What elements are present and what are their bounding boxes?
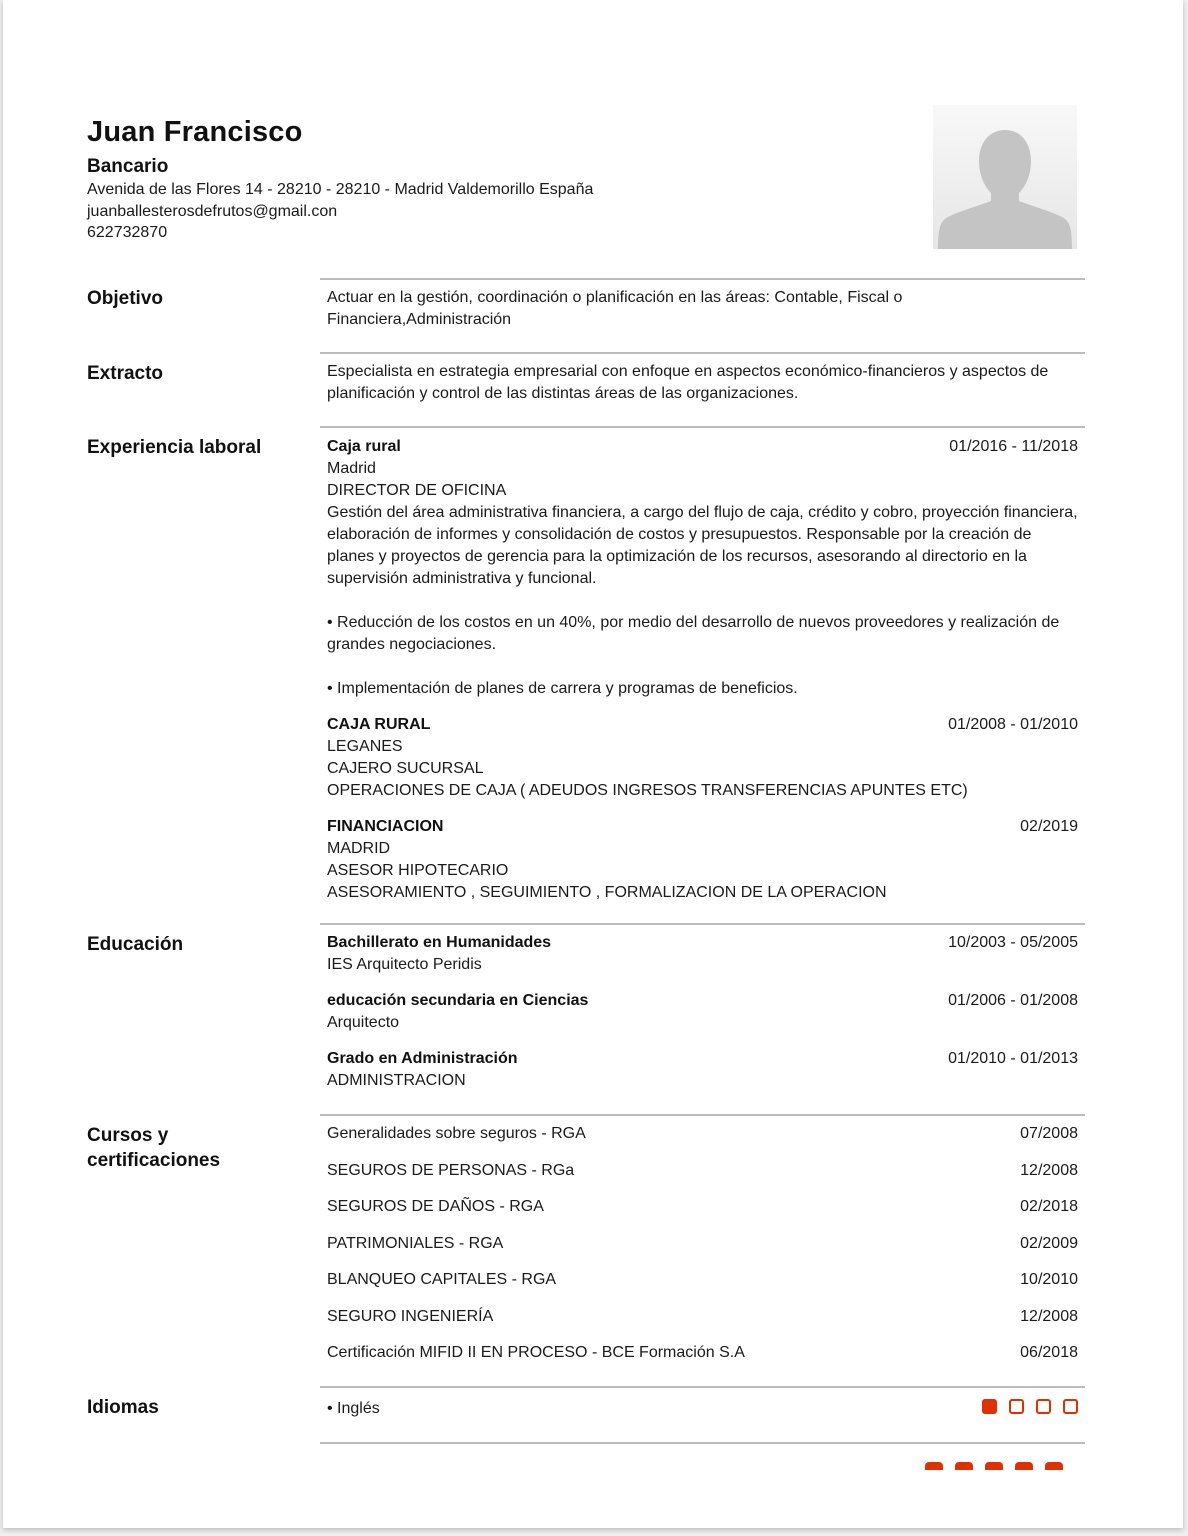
experience-location: Madrid — [327, 458, 1078, 480]
avatar-placeholder-icon — [933, 105, 1077, 249]
divider — [320, 352, 1085, 354]
divider — [320, 278, 1085, 280]
experience-dates: 01/2008 - 01/2010 — [948, 714, 1078, 736]
resume-page: Juan Francisco Bancario Avenida de las F… — [3, 0, 1183, 1528]
education-institution: ADMINISTRACION — [327, 1070, 1078, 1092]
experience-achievement: • Implementación de planes de carrera y … — [327, 678, 1078, 700]
rating-filled-square-icon — [985, 1462, 1003, 1470]
experience-company: FINANCIACION — [327, 816, 1078, 838]
education-dates: 10/2003 - 05/2005 — [948, 932, 1078, 954]
rating-empty-square-icon — [1036, 1399, 1051, 1414]
contact-phone: 622732870 — [87, 222, 167, 244]
course-date: 02/2018 — [1020, 1196, 1078, 1218]
section-label-courses: Cursos y certificaciones — [87, 1123, 297, 1173]
course-item: Certificación MIFID II EN PROCESO - BCE … — [327, 1342, 1078, 1379]
course-date: 12/2008 — [1020, 1160, 1078, 1182]
experience-achievement: • Reducción de los costos en un 40%, por… — [327, 612, 1078, 656]
course-name: SEGUROS DE DAÑOS - RGA — [327, 1196, 1078, 1218]
course-date: 07/2008 — [1020, 1123, 1078, 1145]
language-level-rating — [982, 1399, 1078, 1414]
language-name: • Inglés — [327, 1398, 1078, 1420]
rating-filled-square-icon — [1015, 1462, 1033, 1470]
course-item: SEGUROS DE DAÑOS - RGA 02/2018 — [327, 1196, 1078, 1233]
partial-level-rating — [925, 1462, 1063, 1470]
contact-email: juanballesterosdefrutos@gmail.con — [87, 201, 337, 223]
course-item: PATRIMONIALES - RGA 02/2009 — [327, 1233, 1078, 1270]
experience-description: Gestión del área administrativa financie… — [327, 502, 1078, 590]
section-label-objective: Objetivo — [87, 286, 297, 311]
education-institution: IES Arquitecto Peridis — [327, 954, 1078, 976]
candidate-name: Juan Francisco — [87, 116, 303, 149]
course-date: 10/2010 — [1020, 1269, 1078, 1291]
course-name: BLANQUEO CAPITALES - RGA — [327, 1269, 1078, 1291]
experience-position: ASESOR HIPOTECARIO — [327, 860, 1078, 882]
experience-location: LEGANES — [327, 736, 1078, 758]
course-name: PATRIMONIALES - RGA — [327, 1233, 1078, 1255]
section-label-languages: Idiomas — [87, 1395, 297, 1420]
profile-photo — [933, 105, 1077, 249]
course-name: Generalidades sobre seguros - RGA — [327, 1123, 1078, 1145]
objective-text: Actuar en la gestión, coordinación o pla… — [327, 287, 1078, 331]
courses-list: Generalidades sobre seguros - RGA 07/200… — [327, 1123, 1078, 1379]
experience-location: MADRID — [327, 838, 1078, 860]
experience-dates: 02/2019 — [1020, 816, 1078, 838]
candidate-profession: Bancario — [87, 156, 168, 178]
language-item: • Inglés — [327, 1398, 1078, 1420]
experience-list: Caja rural 01/2016 - 11/2018 Madrid DIRE… — [327, 436, 1078, 904]
rating-empty-square-icon — [1063, 1399, 1078, 1414]
experience-description: ASESORAMIENTO , SEGUIMIENTO , FORMALIZAC… — [327, 882, 1078, 904]
experience-description: OPERACIONES DE CAJA ( ADEUDOS INGRESOS T… — [327, 780, 1078, 802]
course-date: 06/2018 — [1020, 1342, 1078, 1364]
divider — [320, 1114, 1085, 1116]
section-label-experience: Experiencia laboral — [87, 435, 297, 460]
summary-text: Especialista en estrategia empresarial c… — [327, 361, 1078, 405]
rating-empty-square-icon — [1009, 1399, 1024, 1414]
rating-filled-square-icon — [982, 1399, 997, 1414]
rating-filled-square-icon — [955, 1462, 973, 1470]
course-date: 12/2008 — [1020, 1306, 1078, 1328]
course-name: Certificación MIFID II EN PROCESO - BCE … — [327, 1342, 1078, 1364]
education-dates: 01/2006 - 01/2008 — [948, 990, 1078, 1012]
languages-list: • Inglés — [327, 1398, 1078, 1420]
course-item: SEGUROS DE PERSONAS - RGa 12/2008 — [327, 1160, 1078, 1197]
education-entry: Grado en Administración 01/2010 - 01/201… — [327, 1048, 1078, 1092]
experience-position: CAJERO SUCURSAL — [327, 758, 1078, 780]
section-label-summary: Extracto — [87, 361, 297, 386]
course-name: SEGUROS DE PERSONAS - RGa — [327, 1160, 1078, 1182]
education-institution: Arquitecto — [327, 1012, 1078, 1034]
education-list: Bachillerato en Humanidades 10/2003 - 05… — [327, 932, 1078, 1092]
course-item: Generalidades sobre seguros - RGA 07/200… — [327, 1123, 1078, 1160]
divider — [320, 426, 1085, 428]
experience-dates: 01/2016 - 11/2018 — [949, 436, 1078, 458]
course-name: SEGURO INGENIERÍA — [327, 1306, 1078, 1328]
rating-filled-square-icon — [925, 1462, 943, 1470]
education-dates: 01/2010 - 01/2013 — [948, 1048, 1078, 1070]
divider — [320, 1442, 1085, 1444]
rating-filled-square-icon — [1045, 1462, 1063, 1470]
course-item: SEGURO INGENIERÍA 12/2008 — [327, 1306, 1078, 1343]
divider — [320, 923, 1085, 925]
experience-entry: FINANCIACION 02/2019 MADRID ASESOR HIPOT… — [327, 816, 1078, 904]
experience-entry: Caja rural 01/2016 - 11/2018 Madrid DIRE… — [327, 436, 1078, 700]
course-date: 02/2009 — [1020, 1233, 1078, 1255]
section-label-education: Educación — [87, 932, 297, 957]
experience-entry: CAJA RURAL 01/2008 - 01/2010 LEGANES CAJ… — [327, 714, 1078, 802]
course-item: BLANQUEO CAPITALES - RGA 10/2010 — [327, 1269, 1078, 1306]
education-entry: educación secundaria en Ciencias 01/2006… — [327, 990, 1078, 1034]
education-entry: Bachillerato en Humanidades 10/2003 - 05… — [327, 932, 1078, 976]
contact-address: Avenida de las Flores 14 - 28210 - 28210… — [87, 179, 593, 201]
experience-position: DIRECTOR DE OFICINA — [327, 480, 1078, 502]
divider — [320, 1386, 1085, 1388]
